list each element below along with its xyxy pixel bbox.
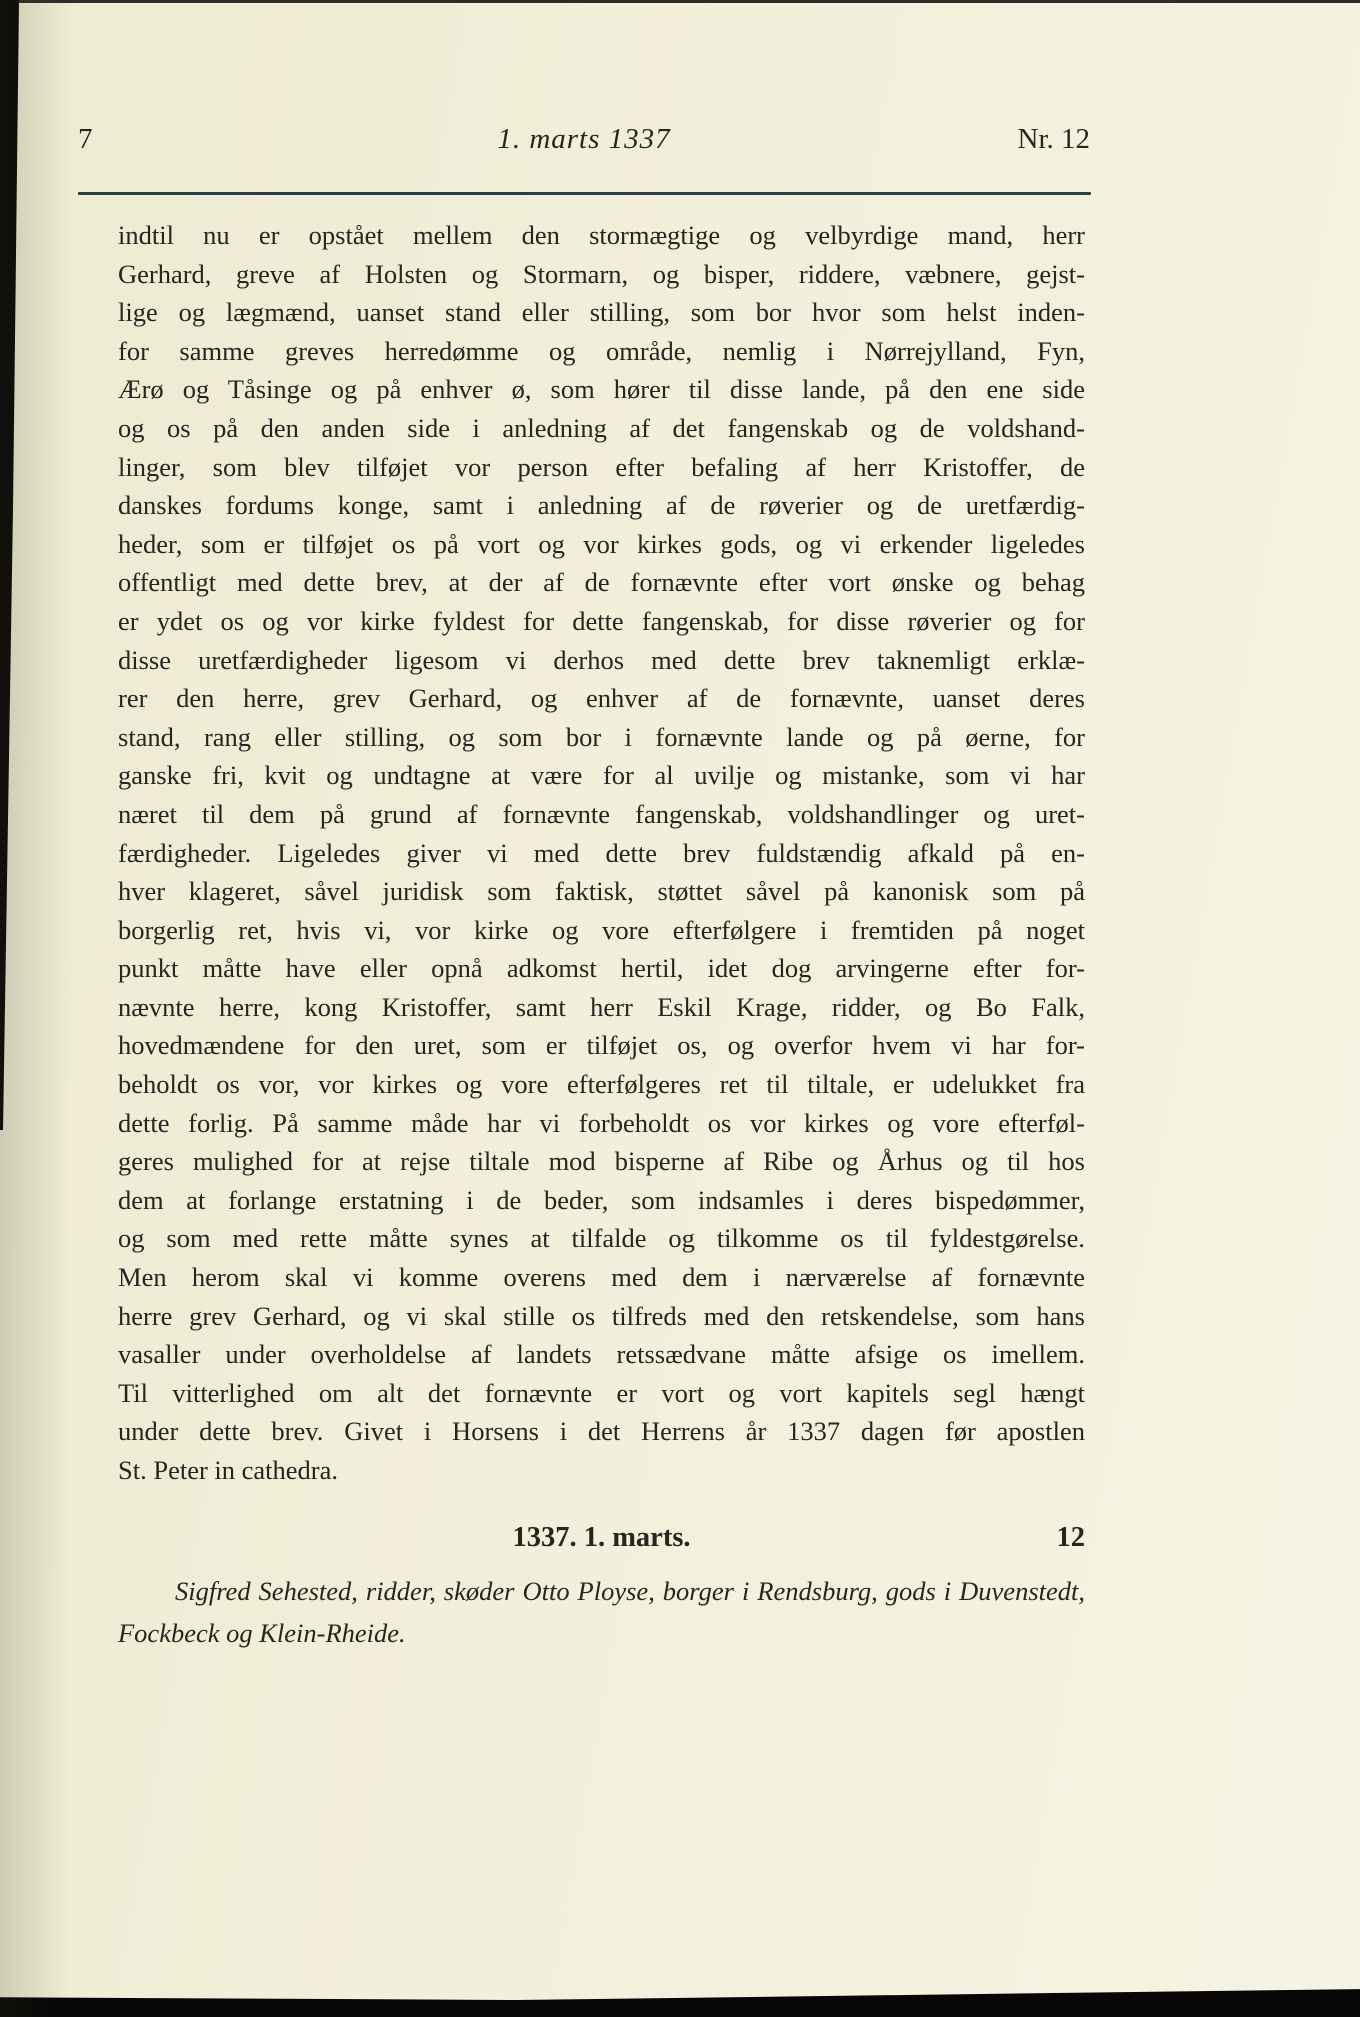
body-text-line: ganske fri, kvit og undtagne at være for… (118, 756, 1085, 795)
body-text-line: heder, som er tilføjet os på vort og vor… (118, 525, 1085, 564)
body-text-line: dem at forlange erstatning i de beder, s… (118, 1181, 1085, 1220)
body-text-line: vasaller under overholdelse af landets r… (118, 1335, 1085, 1374)
body-text-line: geres mulighed for at rejse tiltale mod … (118, 1142, 1085, 1181)
body-text-line: Til vitterlighed om alt det fornævnte er… (118, 1374, 1085, 1413)
regest-paragraph: Sigfred Sehested, ridder, skøder Otto Pl… (118, 1570, 1085, 1654)
body-text-line: herre grev Gerhard, og vi skal stille os… (118, 1297, 1085, 1336)
body-text-line: under dette brev. Givet i Horsens i det … (118, 1412, 1085, 1451)
scan-top-edge-line (0, 0, 1360, 3)
body-text-line: Ærø og Tåsinge og på enhver ø, som hører… (118, 370, 1085, 409)
entry-number: 12 (1057, 1521, 1086, 1555)
body-text-line: og som med rette måtte synes at tilfalde… (118, 1219, 1085, 1258)
body-text-line: lige og lægmænd, uanset stand eller stil… (118, 293, 1085, 332)
body-text-line: Gerhard, greve af Holsten og Stormarn, o… (118, 255, 1085, 294)
body-text-line: punkt måtte have eller opnå adkomst hert… (118, 949, 1085, 988)
regest-text-line: Fockbeck og Klein-Rheide. (118, 1612, 1085, 1654)
body-text-line: linger, som blev tilføjet vor person eft… (118, 448, 1085, 487)
document-number-header: Nr. 12 (910, 122, 1090, 156)
body-text-line: hver klageret, såvel juridisk som faktis… (118, 872, 1085, 911)
scanned-book-page: { "page": { "header": { "page_number": "… (0, 0, 1360, 2017)
body-text-line: St. Peter in cathedra. (118, 1451, 1085, 1490)
body-text-line: dette forlig. På samme måde har vi forbe… (118, 1104, 1085, 1143)
body-text-line: danskes fordums konge, samt i anledning … (118, 486, 1085, 525)
body-text-line: offentligt med dette brev, at der af de … (118, 563, 1085, 602)
body-text-line: beholdt os vor, vor kirkes og vore efter… (118, 1065, 1085, 1104)
body-text-line: næret til dem på grund af fornævnte fang… (118, 795, 1085, 834)
body-text-line: er ydet os og vor kirke fyldest for dett… (118, 602, 1085, 641)
body-text-line: og os på den anden side i anledning af d… (118, 409, 1085, 448)
scan-bottom-edge-bar (0, 1983, 1360, 2017)
body-text-line: borgerlig ret, hvis vi, vor kirke og vor… (118, 911, 1085, 950)
body-text-line: nævnte herre, kong Kristoffer, samt herr… (118, 988, 1085, 1027)
body-text-line: hovedmændene for den uret, som er tilføj… (118, 1026, 1085, 1065)
body-text-line: stand, rang eller stilling, og som bor i… (118, 718, 1085, 757)
body-text-line: disse uretfærdigheder ligesom vi derhos … (118, 641, 1085, 680)
body-text-line: Men herom skal vi komme overens med dem … (118, 1258, 1085, 1297)
header-rule (78, 192, 1091, 195)
page-number: 7 (78, 122, 258, 156)
body-paragraph: indtil nu er opstået mellem den stormægt… (118, 216, 1085, 1490)
scan-left-edge-strip (0, 0, 22, 1130)
entry-date: 1337. 1. marts. (118, 1521, 1085, 1555)
body-text-line: færdigheder. Ligeledes giver vi med dett… (118, 834, 1085, 873)
body-text-line: for samme greves herredømme og område, n… (118, 332, 1085, 371)
body-text-line: indtil nu er opstået mellem den stormægt… (118, 216, 1085, 255)
body-text-line: rer den herre, grev Gerhard, og enhver a… (118, 679, 1085, 718)
running-title: 1. marts 1337 (258, 122, 910, 156)
running-header: 7 1. marts 1337 Nr. 12 (78, 122, 1090, 156)
regest-text-line: Sigfred Sehested, ridder, skøder Otto Pl… (118, 1570, 1085, 1612)
